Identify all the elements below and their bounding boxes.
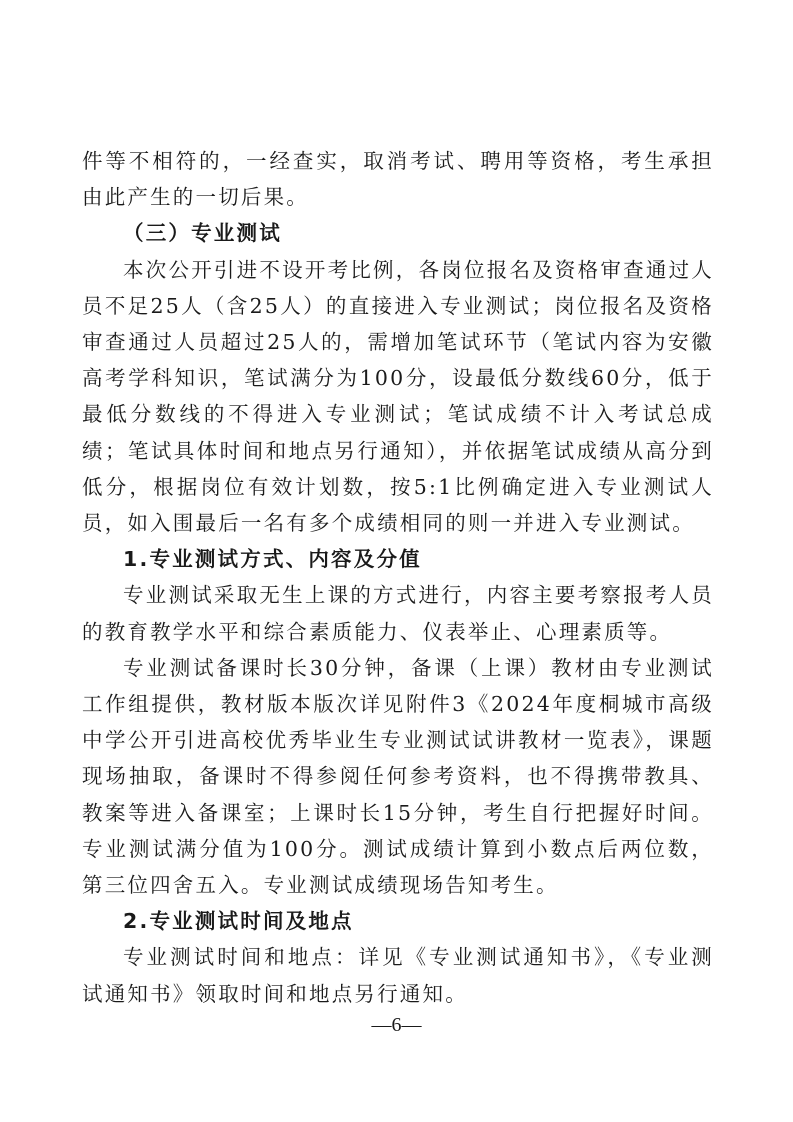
page-number: —6—	[0, 1014, 793, 1037]
section-heading-professional-test: （三）专业测试	[82, 215, 714, 251]
subheading-test-time-place: 2.专业测试时间及地点	[82, 903, 714, 939]
paragraph-test-method: 专业测试采取无生上课的方式进行，内容主要考察报考人员的教育教学水平和综合素质能力…	[82, 577, 714, 649]
paragraph-test-details: 专业测试备课时长30分钟，备课（上课）教材由专业测试工作组提供，教材版本版次详见…	[82, 650, 714, 903]
paragraph-test-time-place: 专业测试时间和地点：详见《专业测试通知书》，《专业测试通知书》领取时间和地点另行…	[82, 939, 714, 1011]
subheading-test-method: 1.专业测试方式、内容及分值	[82, 541, 714, 577]
document-page: 件等不相符的，一经查实，取消考试、聘用等资格，考生承担由此产生的一切后果。 （三…	[82, 143, 714, 1012]
paragraph-test-admission: 本次公开引进不设开考比例，各岗位报名及资格审查通过人员不足25人（含25人）的直…	[82, 252, 714, 542]
paragraph-continuation: 件等不相符的，一经查实，取消考试、聘用等资格，考生承担由此产生的一切后果。	[82, 143, 714, 215]
